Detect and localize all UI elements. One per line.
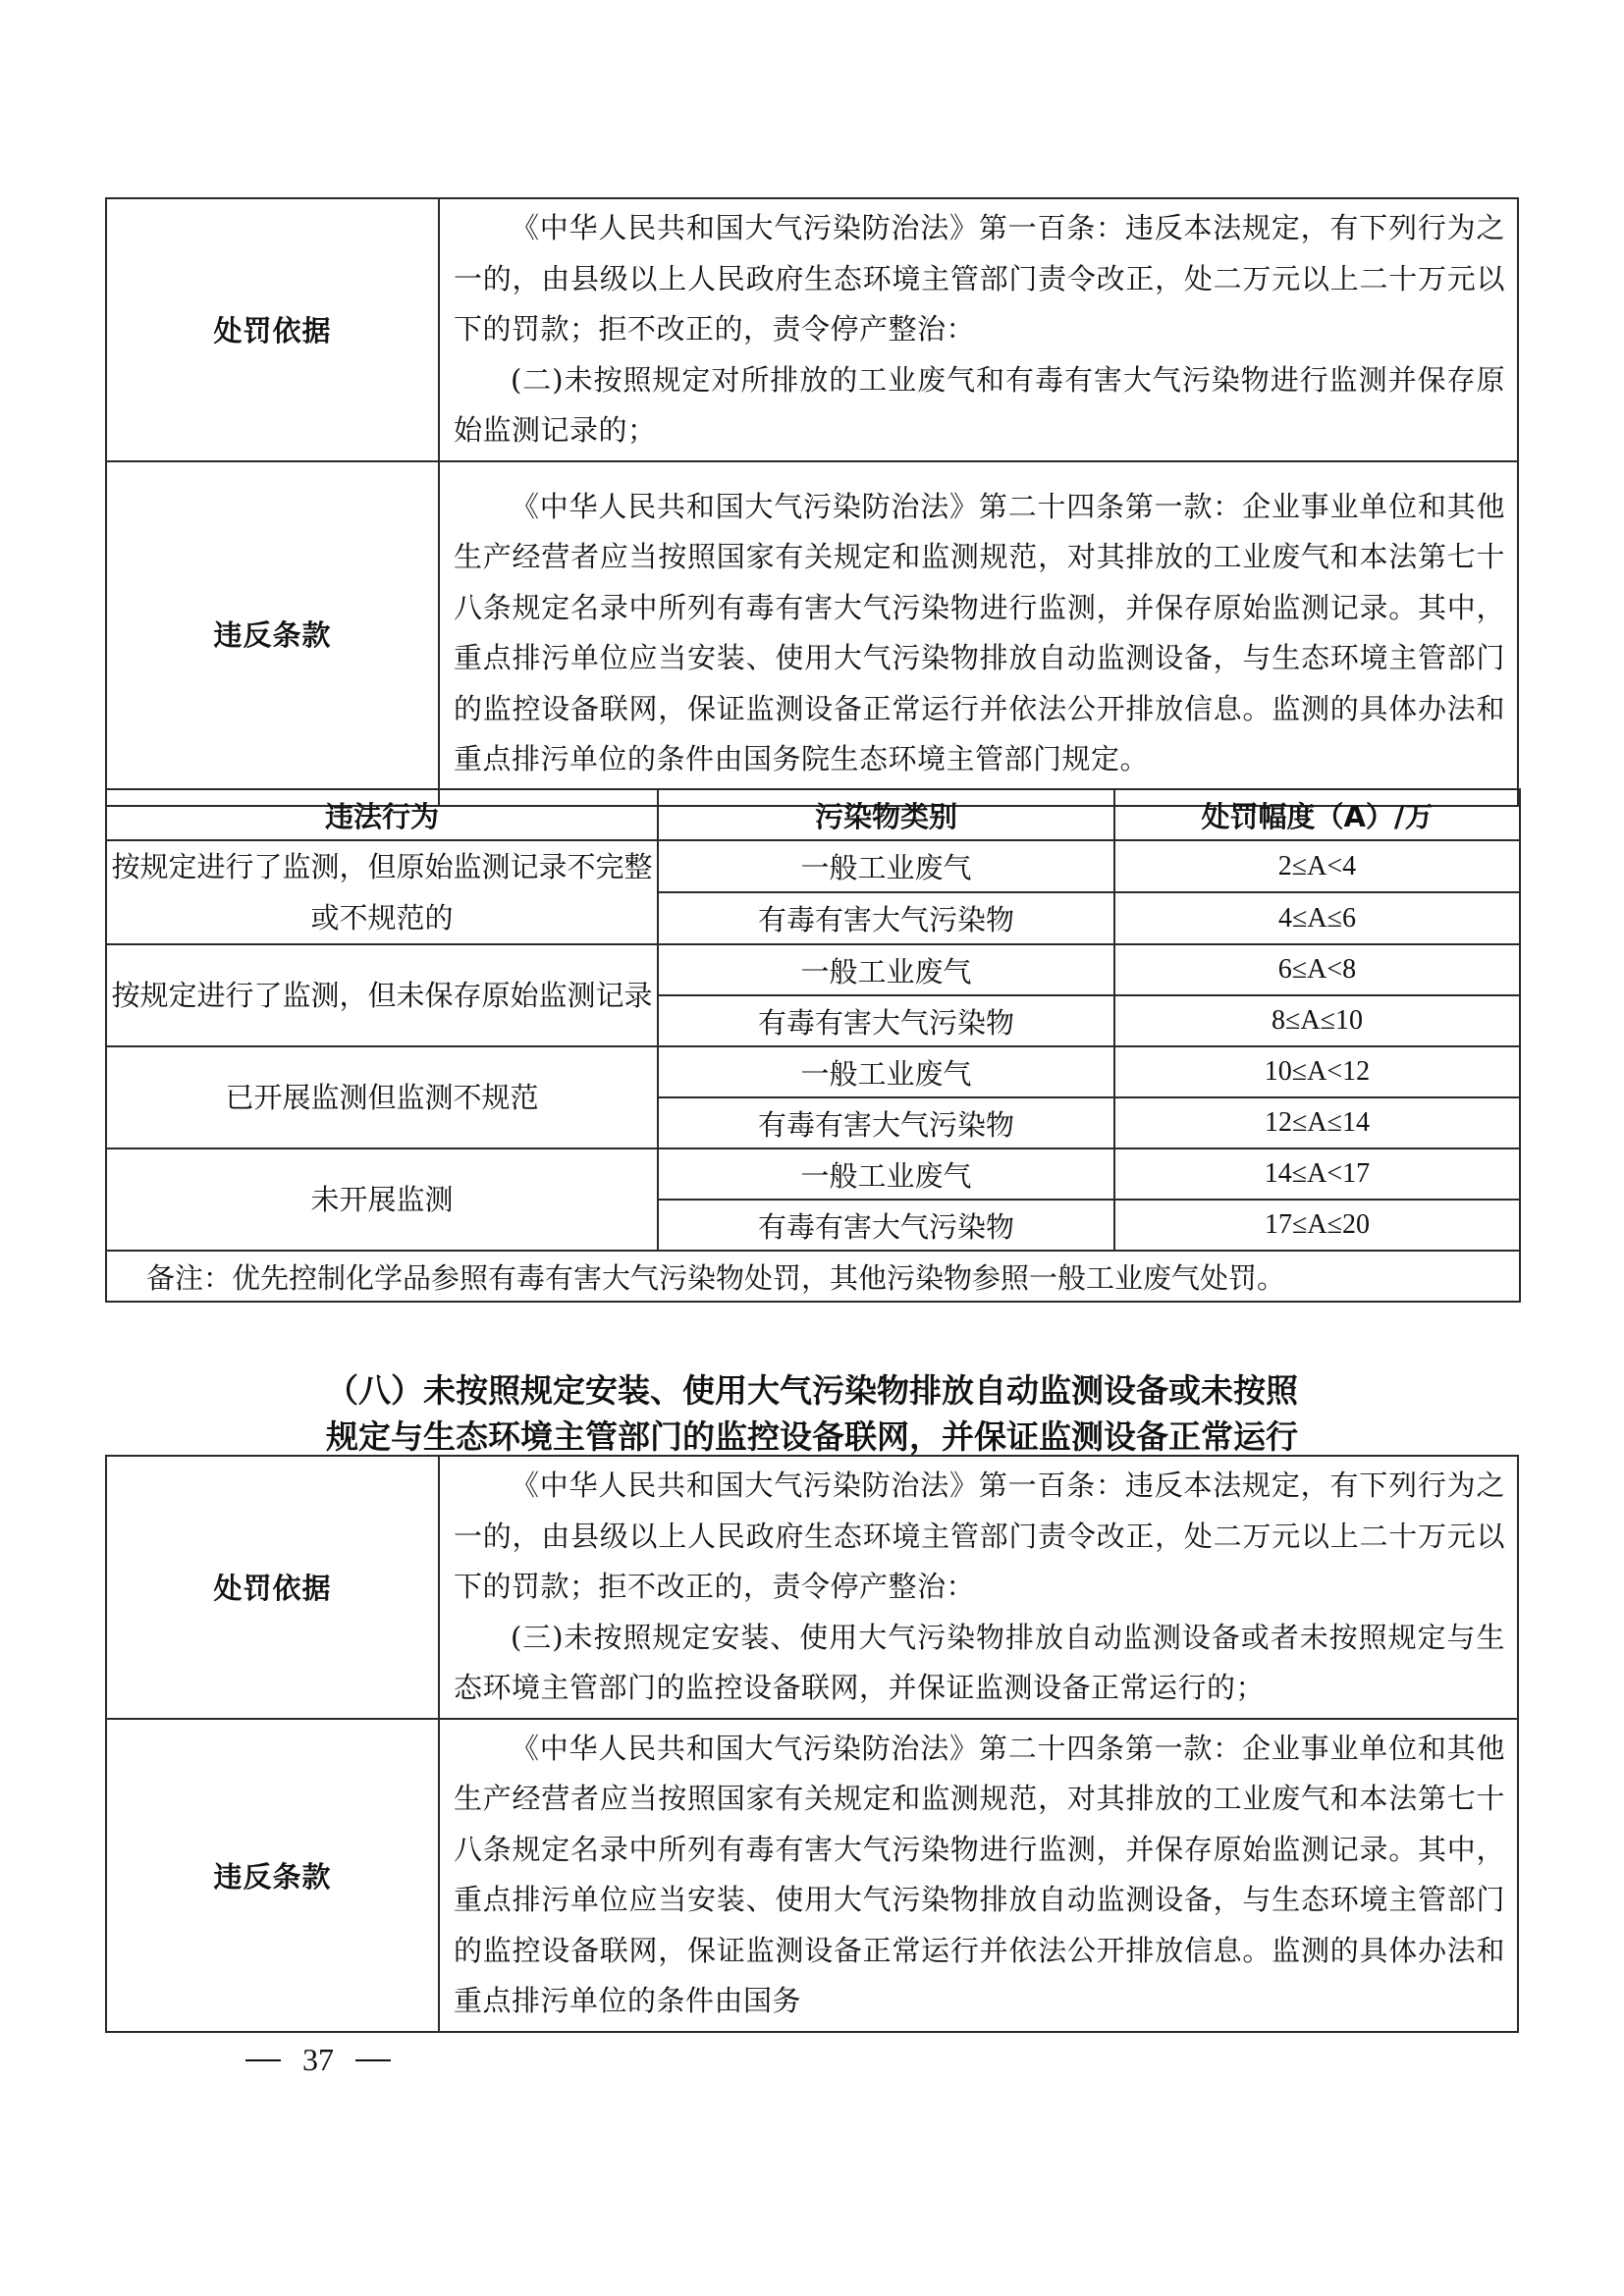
pollutant-cell: 一般工业废气 [658, 840, 1114, 892]
penalty-basis-paragraph: 《中华人民共和国大气污染防治法》第一百条：违反本法规定，有下列行为之一的，由县级… [454, 1461, 1505, 1613]
penalty-basis-content: 《中华人民共和国大气污染防治法》第一百条：违反本法规定，有下列行为之一的，由县级… [439, 1456, 1518, 1719]
behavior-cell: 按规定进行了监测，但原始监测记录不完整或不规范的 [106, 840, 658, 944]
section8-title-line1: （八）未按照规定安装、使用大气污染物排放自动监测设备或未按照 [105, 1367, 1519, 1414]
violated-clause-row: 违反条款 《中华人民共和国大气污染防治法》第二十四条第一款：企业事业单位和其他生… [106, 461, 1518, 806]
table-header-row: 违法行为 污染物类别 处罚幅度（A）/万 [106, 789, 1520, 840]
penalty-basis-label: 处罚依据 [106, 1456, 439, 1719]
range-cell: 8≤A≤10 [1114, 995, 1520, 1046]
behavior-cell: 未开展监测 [106, 1148, 658, 1251]
range-cell: 4≤A≤6 [1114, 892, 1520, 944]
violated-clause-row: 违反条款 《中华人民共和国大气污染防治法》第二十四条第一款：企业事业单位和其他生… [106, 1719, 1518, 2032]
pollutant-cell: 有毒有害大气污染物 [658, 1200, 1114, 1251]
pollutant-cell: 有毒有害大气污染物 [658, 892, 1114, 944]
range-cell: 6≤A<8 [1114, 944, 1520, 995]
header-pollutant: 污染物类别 [658, 789, 1114, 840]
penalty-basis-item: (三)未按照规定安装、使用大气污染物排放自动监测设备或者未按照规定与生态环境主管… [454, 1613, 1505, 1714]
pollutant-cell: 一般工业废气 [658, 1148, 1114, 1200]
pollutant-cell: 有毒有害大气污染物 [658, 995, 1114, 1046]
violated-clause-label: 违反条款 [106, 1719, 439, 2032]
header-behavior: 违法行为 [106, 789, 658, 840]
pollutant-cell: 一般工业废气 [658, 944, 1114, 995]
dash-left [245, 2059, 281, 2061]
range-cell: 10≤A<12 [1114, 1046, 1520, 1097]
header-range: 处罚幅度（A）/万 [1114, 789, 1520, 840]
section7-basis-table: 处罚依据 《中华人民共和国大气污染防治法》第一百条：违反本法规定，有下列行为之一… [105, 197, 1519, 807]
violated-clause-paragraph: 《中华人民共和国大气污染防治法》第二十四条第一款：企业事业单位和其他生产经营者应… [454, 482, 1505, 785]
violated-clause-content: 《中华人民共和国大气污染防治法》第二十四条第一款：企业事业单位和其他生产经营者应… [439, 1719, 1518, 2032]
behavior-cell: 已开展监测但监测不规范 [106, 1046, 658, 1148]
violated-clause-content: 《中华人民共和国大气污染防治法》第二十四条第一款：企业事业单位和其他生产经营者应… [439, 461, 1518, 806]
section8-title-line2: 规定与生态环境主管部门的监控设备联网，并保证监测设备正常运行 [105, 1414, 1519, 1460]
behavior-cell: 按规定进行了监测，但未保存原始监测记录 [106, 944, 658, 1046]
penalty-basis-row: 处罚依据 《中华人民共和国大气污染防治法》第一百条：违反本法规定，有下列行为之一… [106, 1456, 1518, 1719]
table-note: 备注：优先控制化学品参照有毒有害大气污染物处罚，其他污染物参照一般工业废气处罚。 [106, 1251, 1520, 1302]
table-row: 未开展监测 一般工业废气 14≤A<17 [106, 1148, 1520, 1200]
dash-right [355, 2059, 391, 2061]
penalty-basis-row: 处罚依据 《中华人民共和国大气污染防治法》第一百条：违反本法规定，有下列行为之一… [106, 198, 1518, 461]
penalty-basis-label: 处罚依据 [106, 198, 439, 461]
section8-basis-table: 处罚依据 《中华人民共和国大气污染防治法》第一百条：违反本法规定，有下列行为之一… [105, 1455, 1519, 2033]
range-cell: 12≤A≤14 [1114, 1097, 1520, 1148]
section8-title: （八）未按照规定安装、使用大气污染物排放自动监测设备或未按照 规定与生态环境主管… [105, 1367, 1519, 1460]
range-cell: 14≤A<17 [1114, 1148, 1520, 1200]
violated-clause-paragraph: 《中华人民共和国大气污染防治法》第二十四条第一款：企业事业单位和其他生产经营者应… [454, 1724, 1505, 2027]
note-row: 备注：优先控制化学品参照有毒有害大气污染物处罚，其他污染物参照一般工业废气处罚。 [106, 1251, 1520, 1302]
page-number-value: 37 [302, 2042, 334, 2078]
violated-clause-label: 违反条款 [106, 461, 439, 806]
page-number: 37 [245, 2042, 391, 2078]
range-cell: 2≤A<4 [1114, 840, 1520, 892]
range-cell: 17≤A≤20 [1114, 1200, 1520, 1251]
penalty-range-table: 违法行为 污染物类别 处罚幅度（A）/万 按规定进行了监测，但原始监测记录不完整… [105, 788, 1521, 1303]
table-row: 已开展监测但监测不规范 一般工业废气 10≤A<12 [106, 1046, 1520, 1097]
penalty-basis-item: (二)未按照规定对所排放的工业废气和有毒有害大气污染物进行监测并保存原始监测记录… [454, 355, 1505, 456]
pollutant-cell: 一般工业废气 [658, 1046, 1114, 1097]
penalty-basis-paragraph: 《中华人民共和国大气污染防治法》第一百条：违反本法规定，有下列行为之一的，由县级… [454, 203, 1505, 355]
pollutant-cell: 有毒有害大气污染物 [658, 1097, 1114, 1148]
table-row: 按规定进行了监测，但原始监测记录不完整或不规范的 一般工业废气 2≤A<4 [106, 840, 1520, 892]
table-row: 按规定进行了监测，但未保存原始监测记录 一般工业废气 6≤A<8 [106, 944, 1520, 995]
penalty-basis-content: 《中华人民共和国大气污染防治法》第一百条：违反本法规定，有下列行为之一的，由县级… [439, 198, 1518, 461]
